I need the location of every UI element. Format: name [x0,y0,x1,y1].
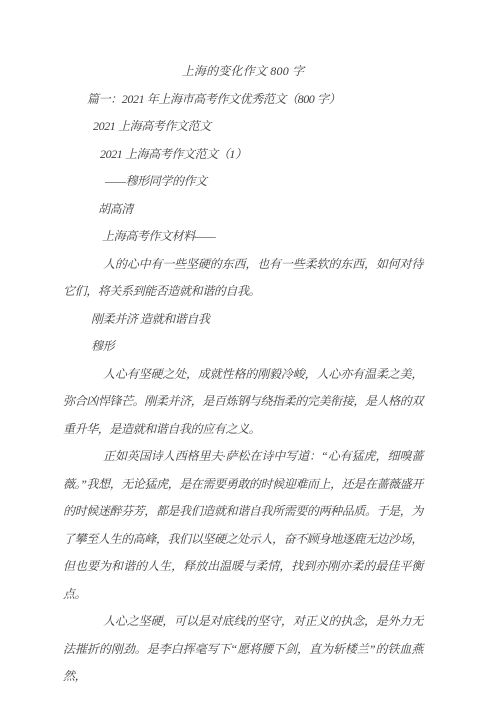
essay-paragraph: 人的心中有一些坚硬的东西，也有一些柔软的东西，如何对待它们，将关系到能否造就和谐… [63,251,423,306]
essay-subheading: 2021 上海高考作文范文（1） [63,141,423,169]
essay-title-line: 刚柔并济 造就和谐自我 [63,306,423,334]
essay-author-name: 穆形 [63,333,423,361]
essay-paragraph: 正如英国诗人西格里夫·萨松在诗中写道：“心有猛虎，细嗅蔷薇。”我想，无论猛虎，是… [63,443,423,608]
page-title: 上海的变化作文 800 字 [63,58,423,86]
essay-content: 上海的变化作文 800 字 篇一：2021 年上海市高考作文优秀范文（800 字… [0,0,500,691]
essay-byline: ——穆形同学的作文 [63,168,423,196]
essay-material-label: 上海高考作文材料—— [63,223,423,251]
essay-paragraph: 人心之坚硬，可以是对底线的坚守，对正义的执念，是外力无法摧折的刚劲。是李白挥毫写… [63,608,423,691]
essay-author: 胡高清 [63,196,423,224]
essay-subheading: 2021 上海高考作文范文 [63,113,423,141]
essay-section-heading: 篇一：2021 年上海市高考作文优秀范文（800 字） [63,86,423,114]
essay-paragraph: 人心有坚硬之处，成就性格的刚毅冷峻，人心亦有温柔之美，弥合凶悍锋芒。刚柔并济，是… [63,361,423,444]
document-page: 上海的变化作文 800 字 篇一：2021 年上海市高考作文优秀范文（800 字… [0,0,500,707]
